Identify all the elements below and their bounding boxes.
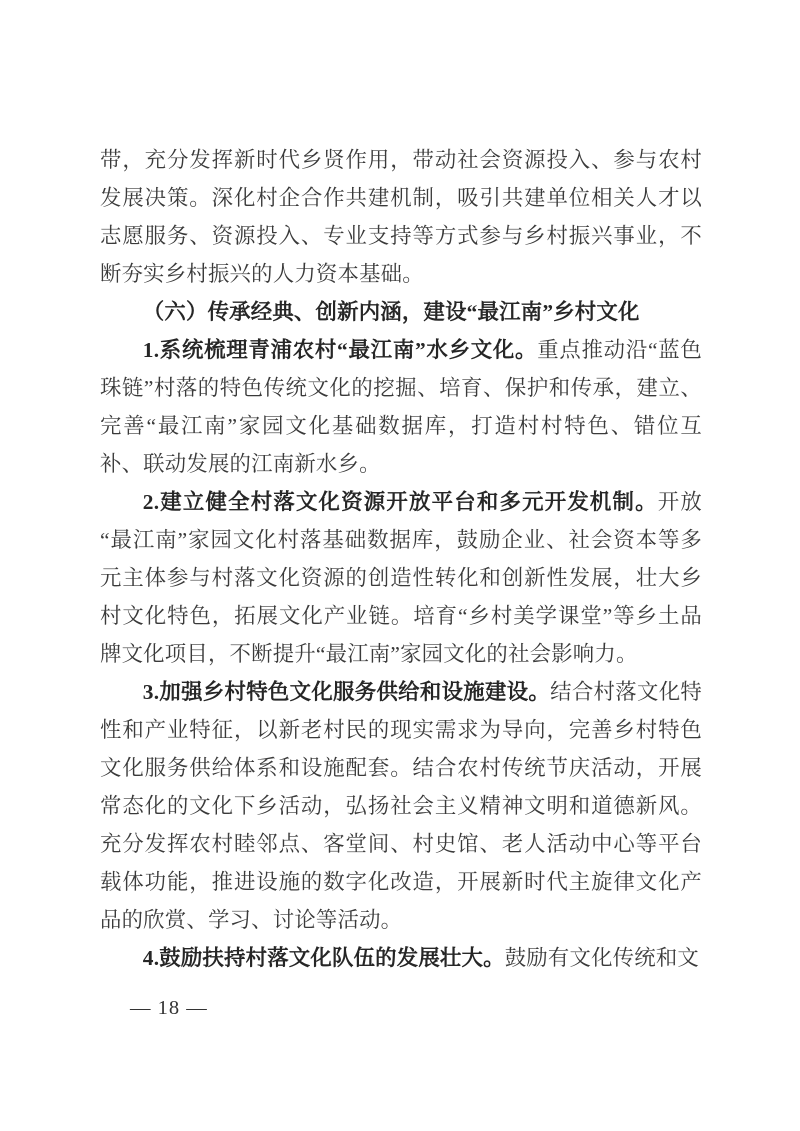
numbered-paragraph-4-lead: 4.鼓励扶持村落文化队伍的发展壮大。 <box>143 946 505 970</box>
numbered-paragraph-4-text: 鼓励有文化传统和文 <box>505 946 699 970</box>
numbered-paragraph-2-lead: 2.建立健全村落文化资源开放平台和多元开发机制。 <box>143 490 658 514</box>
numbered-paragraph-3: 3.加强乡村特色文化服务供给和设施建设。结合村落文化特性和产业特征，以新老村民的… <box>100 673 702 939</box>
document-page: 带，充分发挥新时代乡贤作用，带动社会资源投入、参与农村发展决策。深化村企合作共建… <box>0 0 800 1131</box>
numbered-paragraph-3-lead: 3.加强乡村特色文化服务供给和设施建设。 <box>143 680 550 704</box>
section-heading: （六）传承经典、创新内涵，建设“最江南”乡村文化 <box>100 293 702 331</box>
numbered-paragraph-1-lead: 1.系统梳理青浦农村“最江南”水乡文化。 <box>143 338 537 362</box>
numbered-paragraph-3-text: 结合村落文化特性和产业特征，以新老村民的现实需求为导向，完善乡村特色文化服务供给… <box>100 680 702 932</box>
numbered-paragraph-2: 2.建立健全村落文化资源开放平台和多元开发机制。开放“最江南”家园文化村落基础数… <box>100 483 702 673</box>
document-body: 带，充分发挥新时代乡贤作用，带动社会资源投入、参与农村发展决策。深化村企合作共建… <box>100 141 702 977</box>
page-number: — 18 — <box>130 997 208 1020</box>
numbered-paragraph-2-text: 开放“最江南”家园文化村落基础数据库，鼓励企业、社会资本等多元主体参与村落文化资… <box>100 490 702 666</box>
numbered-paragraph-1: 1.系统梳理青浦农村“最江南”水乡文化。重点推动沿“蓝色珠链”村落的特色传统文化… <box>100 331 702 483</box>
continuation-paragraph: 带，充分发挥新时代乡贤作用，带动社会资源投入、参与农村发展决策。深化村企合作共建… <box>100 141 702 293</box>
numbered-paragraph-4: 4.鼓励扶持村落文化队伍的发展壮大。鼓励有文化传统和文 <box>100 939 702 977</box>
